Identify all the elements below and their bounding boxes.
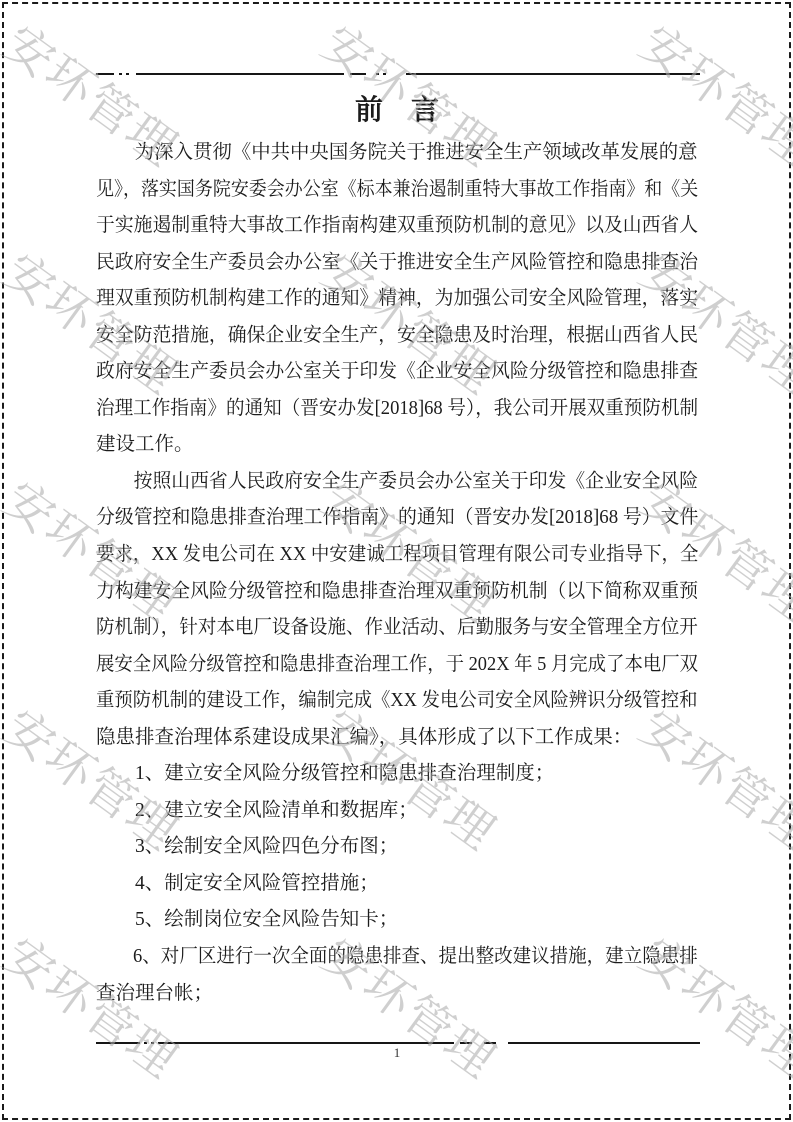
header-rule-gap bbox=[114, 73, 136, 76]
text-line: 力构建安全风险分级管控和隐患排查治理双重预防机制（以下简称双重预 bbox=[96, 574, 677, 611]
text-line: 政府安全生产委员会办公室关于印发《企业安全风险分级管控和隐患排查 bbox=[96, 354, 677, 391]
text-line: 安全防范措施，确保企业安全生产，安全隐患及时治理，根据山西省人民 bbox=[96, 318, 677, 355]
text-line: 治理工作指南》的通知（晋安办发[2018]68 号），我公司开展双重预防机制 bbox=[96, 391, 669, 428]
text-line: 民政府安全生产委员会办公室《关于推进安全生产风险管控和隐患排查治 bbox=[96, 245, 677, 282]
paragraph: 4、制定安全风险管控措施； bbox=[96, 866, 698, 903]
paragraph: 3、绘制安全风险四色分布图； bbox=[96, 829, 698, 866]
text-line: 于实施遏制重特大事故工作指南构建双重预防机制的意见》以及山西省人 bbox=[96, 208, 677, 245]
text-line: 理双重预防机制构建工作的通知》精神，为加强公司安全风险管理，落实 bbox=[96, 281, 677, 318]
text-line: 5、绘制岗位安全风险告知卡； bbox=[96, 902, 698, 939]
text-line: 分级管控和隐患排查治理工作指南》的通知（晋安办发[2018]68 号）文件 bbox=[96, 500, 679, 537]
text-line: 隐患排查治理体系建设成果汇编》，具体形成了以下工作成果： bbox=[96, 720, 698, 757]
page-number: 1 bbox=[96, 1044, 698, 1062]
paragraph: 2、建立安全风险清单和数据库； bbox=[96, 793, 698, 830]
document-body: 为深入贯彻《中共中央国务院关于推进安全生产领域改革发展的意见》，落实国务院安委会… bbox=[96, 135, 698, 1012]
page-title: 前 言 bbox=[96, 90, 698, 132]
text-line: 6、对厂区进行一次全面的隐患排查、提出整改建议措施，建立隐患排 bbox=[96, 939, 668, 976]
text-line: 查治理台帐； bbox=[96, 976, 698, 1013]
paragraph: 1、建立安全风险分级管控和隐患排查治理制度； bbox=[96, 756, 698, 793]
text-line: 建设工作。 bbox=[96, 427, 698, 464]
text-line: 要求，XX 发电公司在 XX 中安建诚工程项目管理有限公司专业指导下，全 bbox=[96, 537, 666, 574]
text-line: 1、建立安全风险分级管控和隐患排查治理制度； bbox=[96, 756, 698, 793]
footer-rule-gap bbox=[454, 1042, 508, 1045]
text-line: 防机制），针对本电厂设备设施、作业活动、后勤服务与安全管理全方位开 bbox=[96, 610, 668, 647]
text-line: 2、建立安全风险清单和数据库； bbox=[96, 793, 698, 830]
paragraph: 5、绘制岗位安全风险告知卡； bbox=[96, 902, 698, 939]
footer-rule bbox=[96, 1042, 700, 1044]
paragraph: 为深入贯彻《中共中央国务院关于推进安全生产领域改革发展的意见》，落实国务院安委会… bbox=[96, 135, 698, 464]
text-line: 4、制定安全风险管控措施； bbox=[96, 866, 698, 903]
footer-rule-gap bbox=[140, 1042, 158, 1045]
text-line: 为深入贯彻《中共中央国务院关于推进安全生产领域改革发展的意 bbox=[96, 135, 695, 172]
header-rule-gap bbox=[344, 73, 406, 76]
paragraph: 6、对厂区进行一次全面的隐患排查、提出整改建议措施，建立隐患排查治理台帐； bbox=[96, 939, 698, 1012]
paragraph: 按照山西省人民政府安全生产委员会办公室关于印发《企业安全风险分级管控和隐患排查治… bbox=[96, 464, 698, 756]
text-line: 按照山西省人民政府安全生产委员会办公室关于印发《企业安全风险 bbox=[96, 464, 677, 501]
text-line: 3、绘制安全风险四色分布图； bbox=[96, 829, 698, 866]
text-line: 重预防机制的建设工作，编制完成《XX 发电公司安全风险辨识分级管控和 bbox=[96, 683, 664, 720]
text-line: 见》，落实国务院安委会办公室《标本兼治遏制重特大事故工作指南》和《关 bbox=[96, 172, 651, 209]
text-line: 展安全风险分级管控和隐患排查治理工作，于 202X 年 5 月完成了本电厂双 bbox=[96, 647, 664, 684]
header-rule bbox=[96, 73, 700, 75]
document-page: 安环管理安环管理安环管理安环管理安环管理安环管理安环管理安环管理安环管理安环管理… bbox=[0, 0, 793, 1122]
